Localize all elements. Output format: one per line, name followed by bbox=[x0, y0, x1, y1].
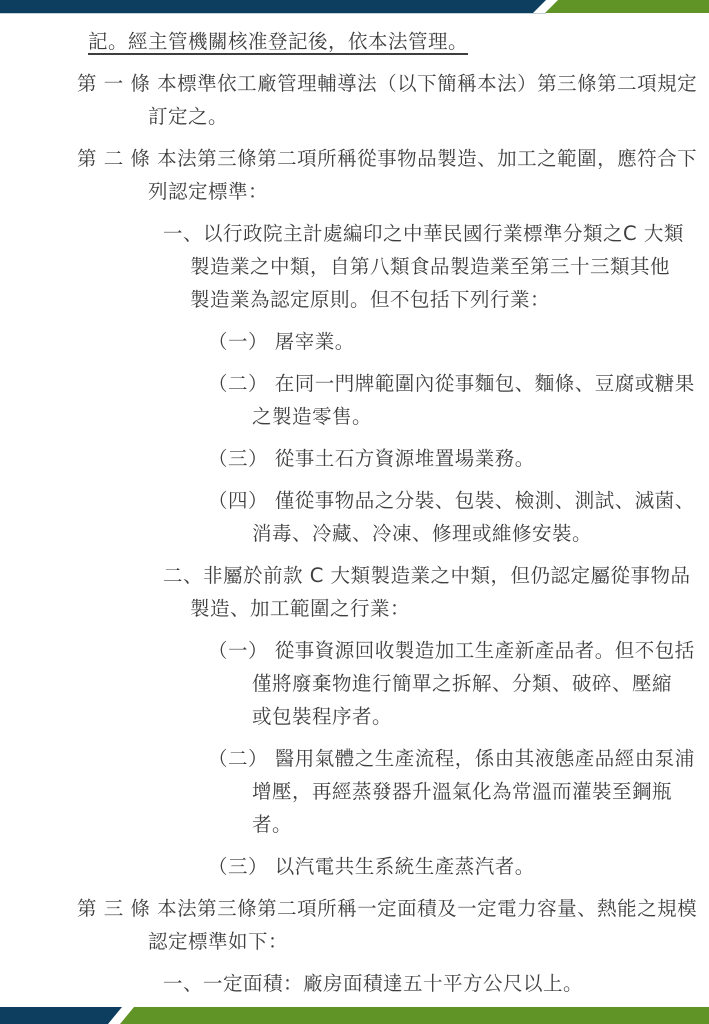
text-line: （三） 從事土石方資源堆置場業務。 bbox=[208, 442, 709, 475]
text-line: 二、非屬於前款 C 大類製造業之中類，但仍認定屬從事物品 bbox=[163, 559, 709, 592]
text-line: 第 三 條 本法第三條第二項所稱一定面積及一定電力容量、熱能之規模 bbox=[77, 892, 709, 925]
text-line: （二） 醫用氣體之生產流程，係由其液態產品經由泵浦 bbox=[208, 742, 709, 775]
text-line: 第 一 條 本標準依工廠管理輔導法（以下簡稱本法）第三條第二項規定 bbox=[77, 67, 709, 100]
text-line: （三） 以汽電共生系統生產蒸汽者。 bbox=[208, 850, 709, 883]
text-line: 第 二 條 本法第三條第二項所稱從事物品製造、加工之範圍，應符合下 bbox=[77, 142, 709, 175]
text-line: 者。 bbox=[252, 808, 709, 841]
regulation-page: 記。經主管機關核准登記後，依本法管理。第 一 條 本標準依工廠管理輔導法（以下簡… bbox=[0, 0, 709, 1024]
text-line: 訂定之。 bbox=[148, 100, 709, 133]
text-line: 製造業為認定原則。但不包括下列行業： bbox=[190, 283, 709, 316]
text-line: 製造、加工範圍之行業： bbox=[190, 592, 709, 625]
bottom-banner bbox=[0, 1007, 709, 1024]
document-body: 記。經主管機關核准登記後，依本法管理。第 一 條 本標準依工廠管理輔導法（以下簡… bbox=[0, 13, 709, 1000]
text-line: 之製造零售。 bbox=[252, 400, 709, 433]
text-line: （一） 屠宰業。 bbox=[208, 325, 709, 358]
text-line: 列認定標準： bbox=[148, 175, 709, 208]
top-banner bbox=[0, 0, 709, 13]
text-line: 製造業之中類，自第八類食品製造業至第三十三類其他 bbox=[190, 250, 709, 283]
text-line: 僅將廢棄物進行簡單之拆解、分類、破碎、壓縮 bbox=[252, 667, 709, 700]
text-line: （四） 僅從事物品之分裝、包裝、檢測、測試、滅菌、 bbox=[208, 484, 709, 517]
text-line: 增壓，再經蒸發器升溫氣化為常溫而灌裝至鋼瓶 bbox=[252, 775, 709, 808]
text-line: 認定標準如下： bbox=[148, 925, 709, 958]
text-line: 一、以行政院主計處編印之中華民國行業標準分類之C 大類 bbox=[163, 217, 709, 250]
text-line: 消毒、冷藏、冷凍、修理或維修安裝。 bbox=[252, 517, 709, 550]
text-line: 或包裝程序者。 bbox=[252, 700, 709, 733]
text-line: 記。經主管機關核准登記後，依本法管理。 bbox=[88, 25, 709, 58]
text-line: （二） 在同一門牌範圍內從事麵包、麵條、豆腐或糖果 bbox=[208, 367, 709, 400]
text-line: （一） 從事資源回收製造加工生產新產品者。但不包括 bbox=[208, 634, 709, 667]
text-line: 一、一定面積：廠房面積達五十平方公尺以上。 bbox=[163, 967, 709, 1000]
